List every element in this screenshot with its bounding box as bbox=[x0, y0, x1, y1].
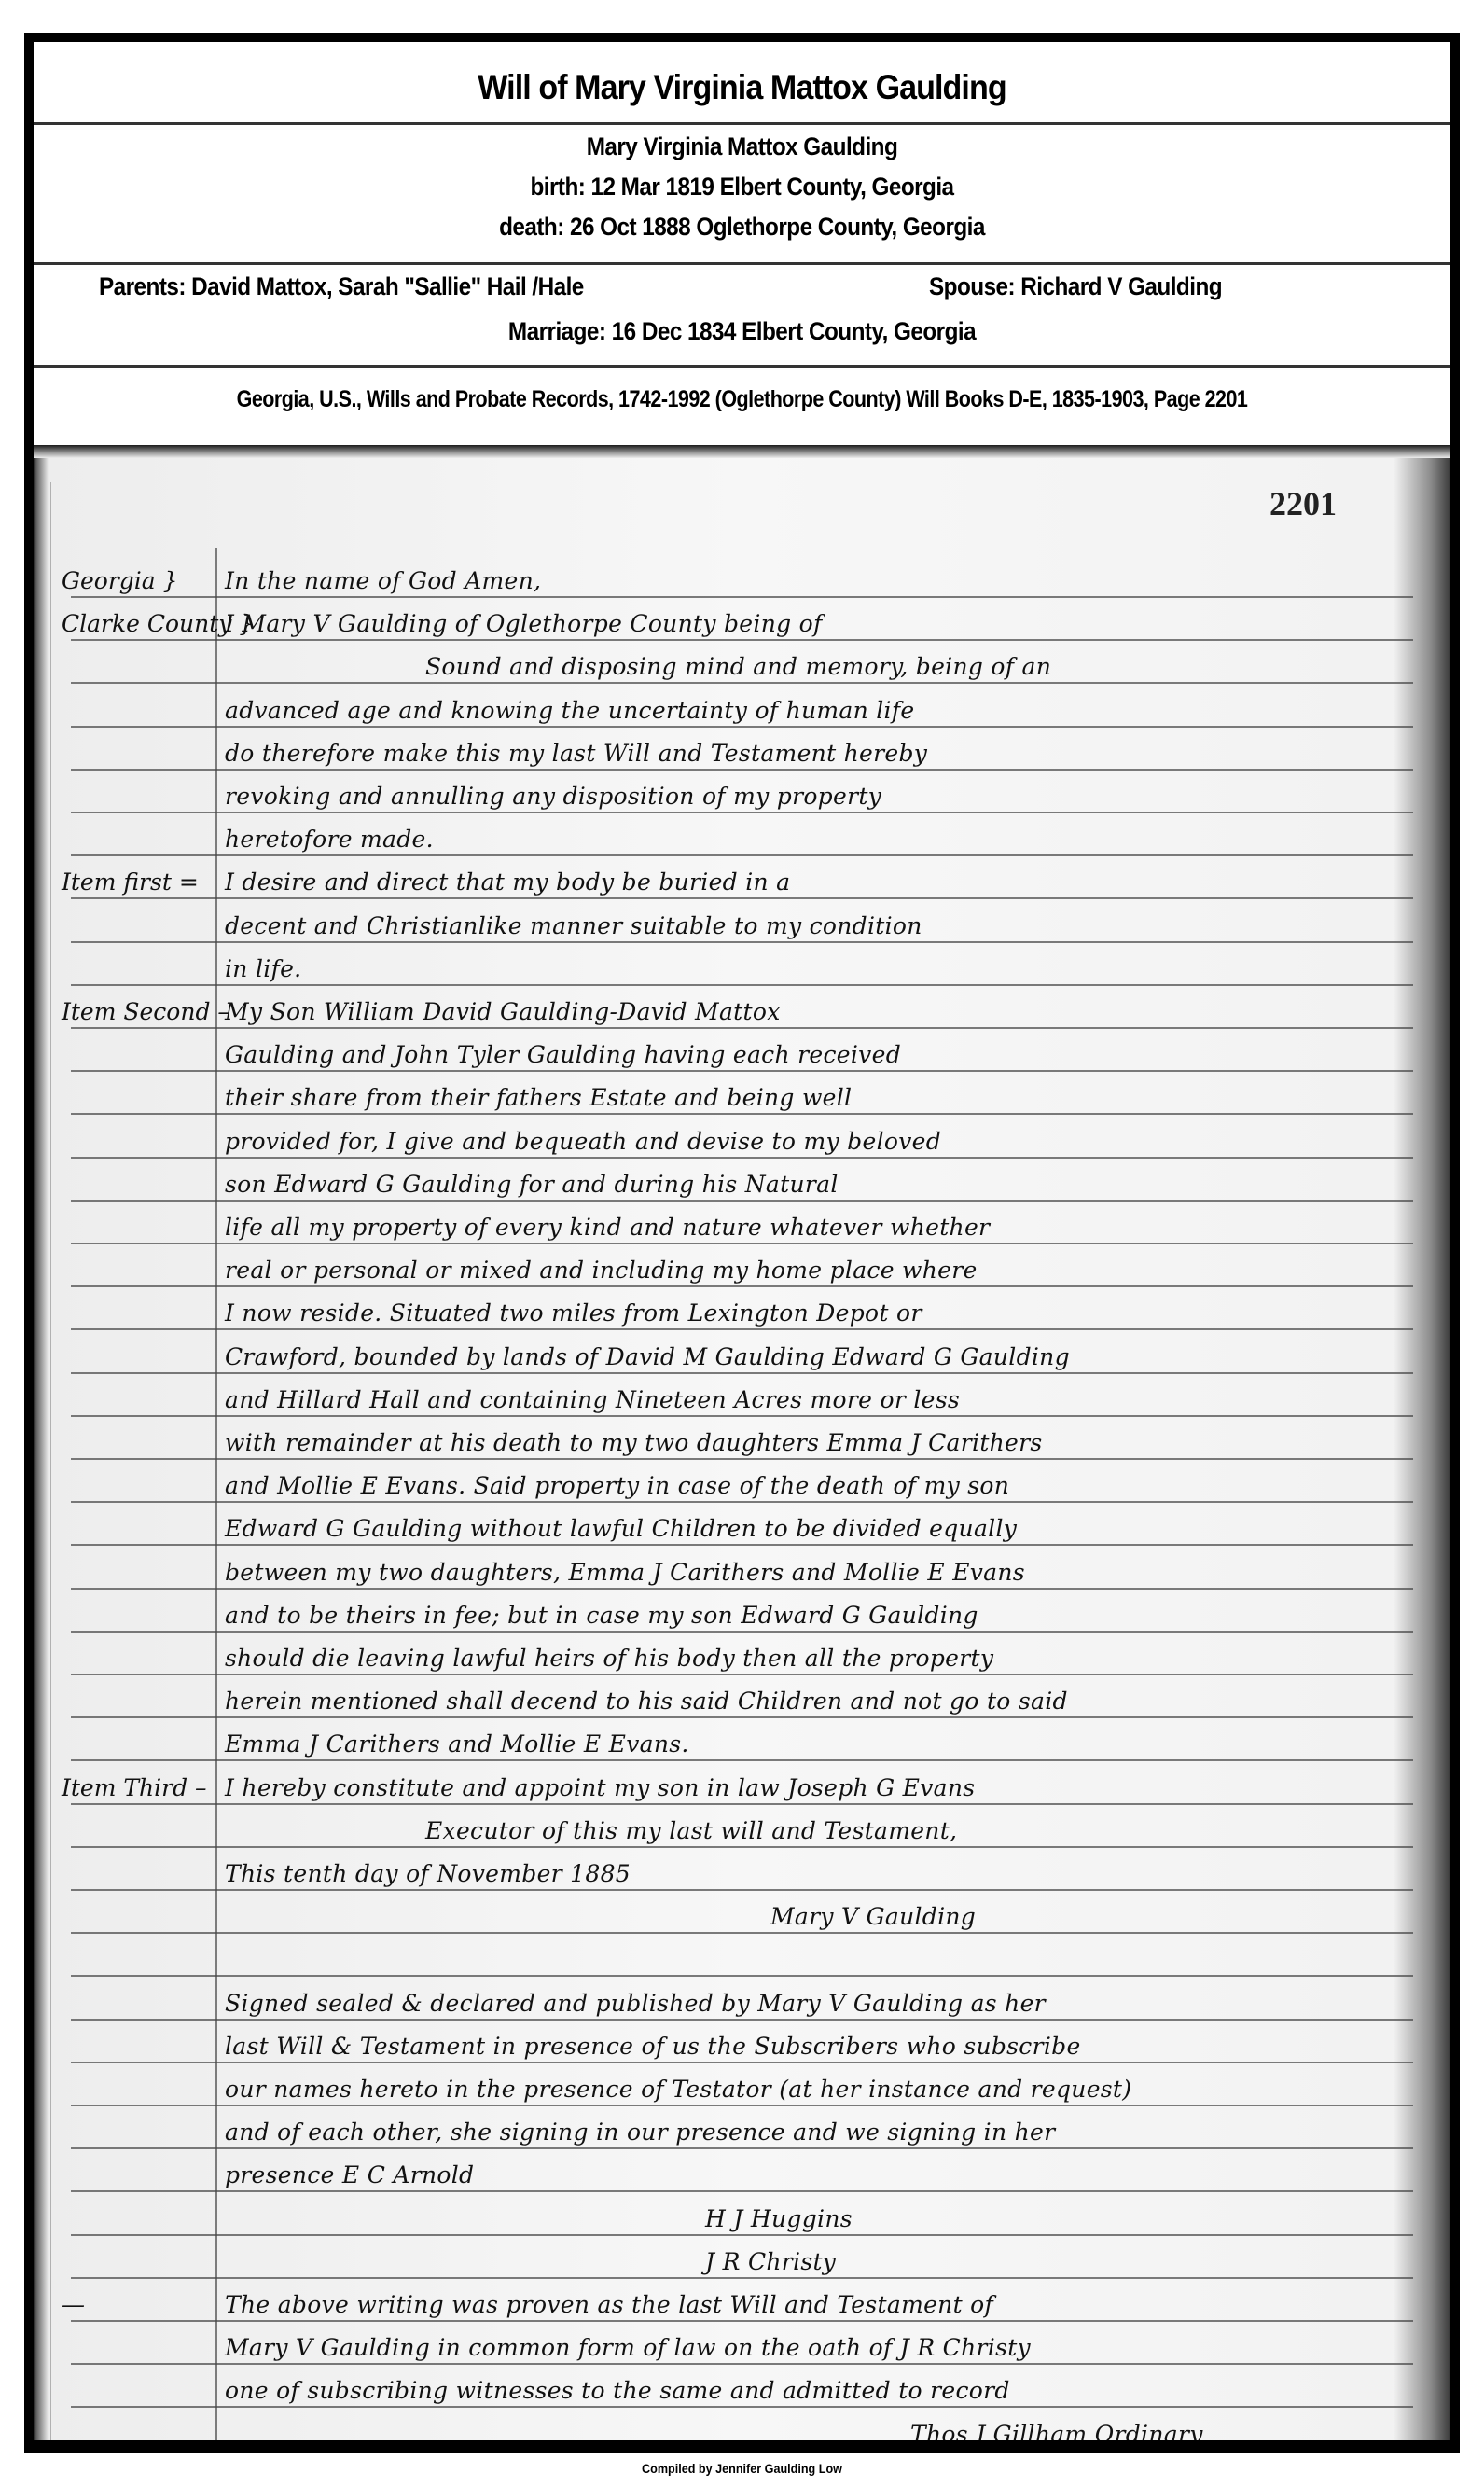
person-name: Mary Virginia Mattox Gaulding bbox=[104, 132, 1380, 161]
will-line: revoking and annulling any disposition o… bbox=[34, 771, 1376, 813]
will-text: Gaulding and John Tyler Gaulding having … bbox=[225, 1041, 1338, 1068]
will-text: last Will & Testament in presence of us … bbox=[225, 2033, 1338, 2060]
testator-signature: Mary V Gaulding bbox=[770, 1903, 1338, 1930]
will-text: in life. bbox=[225, 955, 1338, 982]
will-line: do therefore make this my last Will and … bbox=[34, 728, 1376, 771]
will-line: last Will & Testament in presence of us … bbox=[34, 2021, 1376, 2063]
will-line: Edward G Gaulding without lawful Childre… bbox=[34, 1503, 1376, 1546]
will-line: Executor of this my last will and Testam… bbox=[34, 1805, 1376, 1848]
family-row: Parents: David Mattox, Sarah "Sallie" Ha… bbox=[34, 272, 1450, 310]
will-text: Emma J Carithers and Mollie E Evans. bbox=[225, 1730, 1338, 1758]
will-line: Signed sealed & declared and published b… bbox=[34, 1978, 1376, 2021]
will-line: between my two daughters, Emma J Carithe… bbox=[34, 1547, 1376, 1590]
will-line: Crawford, bounded by lands of David M Ga… bbox=[34, 1331, 1376, 1374]
will-text: between my two daughters, Emma J Carithe… bbox=[225, 1559, 1338, 1586]
compiler-credit: Compiled by Jennifer Gaulding Low bbox=[75, 2461, 1410, 2476]
will-text: our names hereto in the presence of Test… bbox=[225, 2076, 1338, 2103]
margin-note: Item Third – bbox=[62, 1774, 215, 1801]
source-citation: Georgia, U.S., Wills and Probate Records… bbox=[132, 386, 1351, 413]
document-frame: Will of Mary Virginia Mattox Gaulding Ma… bbox=[24, 33, 1460, 2453]
margin-note: — bbox=[62, 2291, 215, 2318]
will-text: advanced age and knowing the uncertainty… bbox=[225, 697, 1338, 724]
will-line: Gaulding and John Tyler Gaulding having … bbox=[34, 1029, 1376, 1072]
will-line: should die leaving lawful heirs of his b… bbox=[34, 1633, 1376, 1675]
will-line: and Hillard Hall and containing Nineteen… bbox=[34, 1374, 1376, 1417]
will-text: heretofore made. bbox=[225, 826, 1338, 853]
will-text: I now reside. Situated two miles from Le… bbox=[225, 1299, 1338, 1327]
will-line: H J Huggins bbox=[34, 2193, 1376, 2236]
will-line: one of subscribing witnesses to the same… bbox=[34, 2365, 1376, 2408]
will-line: their share from their fathers Estate an… bbox=[34, 1072, 1376, 1115]
will-text: and Mollie E Evans. Said property in cas… bbox=[225, 1472, 1338, 1499]
will-text: I desire and direct that my body be buri… bbox=[225, 868, 1338, 896]
will-line: herein mentioned shall decend to his sai… bbox=[34, 1675, 1376, 1718]
will-text: Mary V Gaulding in common form of law on… bbox=[225, 2334, 1338, 2361]
record-header: Will of Mary Virginia Mattox Gaulding Ma… bbox=[34, 42, 1450, 445]
will-line bbox=[34, 1934, 1376, 1977]
will-line: J R Christy bbox=[34, 2236, 1376, 2279]
will-line: son Edward G Gaulding for and during his… bbox=[34, 1159, 1376, 1202]
will-line: real or personal or mixed and including … bbox=[34, 1244, 1376, 1287]
will-text: herein mentioned shall decend to his sai… bbox=[225, 1688, 1338, 1715]
will-text: do therefore make this my last Will and … bbox=[225, 740, 1338, 767]
will-text: with remainder at his death to my two da… bbox=[225, 1429, 1338, 1456]
will-line: Georgia }In the name of God Amen, bbox=[34, 555, 1376, 598]
margin-note: Georgia } bbox=[62, 567, 215, 594]
will-text: and of each other, she signing in our pr… bbox=[225, 2119, 1338, 2146]
divider bbox=[34, 122, 1450, 125]
will-text: decent and Christianlike manner suitable… bbox=[225, 912, 1338, 939]
will-line: Emma J Carithers and Mollie E Evans. bbox=[34, 1718, 1376, 1761]
margin-note: Item first = bbox=[62, 868, 215, 896]
will-line: Thos J Gillham Ordinary bbox=[34, 2409, 1376, 2440]
will-line: Mary V Gaulding bbox=[34, 1891, 1376, 1934]
will-line: our names hereto in the presence of Test… bbox=[34, 2063, 1376, 2106]
divider bbox=[34, 365, 1450, 368]
will-line: provided for, I give and bequeath and de… bbox=[34, 1116, 1376, 1159]
divider bbox=[34, 262, 1450, 265]
will-text: I Mary V Gaulding of Oglethorpe County b… bbox=[225, 610, 1338, 637]
will-line: life all my property of every kind and n… bbox=[34, 1202, 1376, 1244]
will-line: Clarke County }I Mary V Gaulding of Ogle… bbox=[34, 598, 1376, 641]
will-text: Edward G Gaulding without lawful Childre… bbox=[225, 1515, 1338, 1542]
will-text: This tenth day of November 1885 bbox=[225, 1860, 1338, 1887]
will-scan: 2201 Georgia }In the name of God Amen,Cl… bbox=[34, 445, 1450, 2440]
will-text: and Hillard Hall and containing Nineteen… bbox=[225, 1386, 1338, 1413]
will-text: one of subscribing witnesses to the same… bbox=[225, 2377, 1338, 2404]
will-line: and Mollie E Evans. Said property in cas… bbox=[34, 1460, 1376, 1503]
parents-info: Parents: David Mattox, Sarah "Sallie" Ha… bbox=[99, 272, 584, 301]
will-line: heretofore made. bbox=[34, 813, 1376, 856]
document-title: Will of Mary Virginia Mattox Gaulding bbox=[90, 68, 1394, 107]
will-text: Sound and disposing mind and memory, bei… bbox=[425, 653, 1338, 680]
will-text: and to be theirs in fee; but in case my … bbox=[225, 1602, 1338, 1629]
will-line: Item Third –I hereby constitute and appo… bbox=[34, 1762, 1376, 1805]
margin-note: Clarke County } bbox=[62, 610, 215, 637]
will-line: Sound and disposing mind and memory, bei… bbox=[34, 641, 1376, 684]
will-text: Signed sealed & declared and published b… bbox=[225, 1990, 1338, 2017]
will-line: and of each other, she signing in our pr… bbox=[34, 2106, 1376, 2149]
birth-info: birth: 12 Mar 1819 Elbert County, Georgi… bbox=[104, 173, 1380, 201]
will-text: son Edward G Gaulding for and during his… bbox=[225, 1171, 1338, 1198]
will-line: This tenth day of November 1885 bbox=[34, 1848, 1376, 1891]
will-text: life all my property of every kind and n… bbox=[225, 1214, 1338, 1241]
will-text: presence E C Arnold bbox=[225, 2161, 1338, 2188]
will-text: Thos J Gillham Ordinary bbox=[910, 2421, 1338, 2440]
will-text: The above writing was proven as the last… bbox=[225, 2291, 1338, 2318]
will-text: I hereby constitute and appoint my son i… bbox=[225, 1774, 1338, 1801]
will-line: —The above writing was proven as the las… bbox=[34, 2279, 1376, 2322]
will-line: Item first =I desire and direct that my … bbox=[34, 856, 1376, 899]
will-text: their share from their fathers Estate an… bbox=[225, 1084, 1338, 1111]
will-text: real or personal or mixed and including … bbox=[225, 1257, 1338, 1284]
will-text: revoking and annulling any disposition o… bbox=[225, 783, 1338, 810]
will-line: and to be theirs in fee; but in case my … bbox=[34, 1590, 1376, 1633]
will-line: in life. bbox=[34, 943, 1376, 986]
will-line: with remainder at his death to my two da… bbox=[34, 1417, 1376, 1460]
will-text: In the name of God Amen, bbox=[225, 567, 1338, 594]
will-line: advanced age and knowing the uncertainty… bbox=[34, 685, 1376, 728]
will-text: should die leaving lawful heirs of his b… bbox=[225, 1645, 1338, 1672]
ledger-lines: Georgia }In the name of God Amen,Clarke … bbox=[34, 445, 1413, 2440]
margin-note: Item Second – bbox=[62, 998, 215, 1025]
will-text: Executor of this my last will and Testam… bbox=[425, 1817, 1338, 1844]
will-text: My Son William David Gaulding-David Matt… bbox=[225, 998, 1338, 1025]
will-line: Item Second –My Son William David Gauldi… bbox=[34, 986, 1376, 1029]
will-line: presence E C Arnold bbox=[34, 2149, 1376, 2192]
will-line: Mary V Gaulding in common form of law on… bbox=[34, 2322, 1376, 2365]
will-line: decent and Christianlike manner suitable… bbox=[34, 900, 1376, 943]
spouse-info: Spouse: Richard V Gaulding bbox=[929, 272, 1222, 301]
witness-signature: J R Christy bbox=[705, 2248, 1338, 2275]
death-info: death: 26 Oct 1888 Oglethorpe County, Ge… bbox=[104, 213, 1380, 242]
will-line: I now reside. Situated two miles from Le… bbox=[34, 1287, 1376, 1330]
witness-signature: H J Huggins bbox=[705, 2205, 1338, 2232]
marriage-info: Marriage: 16 Dec 1834 Elbert County, Geo… bbox=[104, 317, 1380, 346]
will-text: provided for, I give and bequeath and de… bbox=[225, 1128, 1338, 1155]
will-text: Crawford, bounded by lands of David M Ga… bbox=[225, 1343, 1338, 1370]
